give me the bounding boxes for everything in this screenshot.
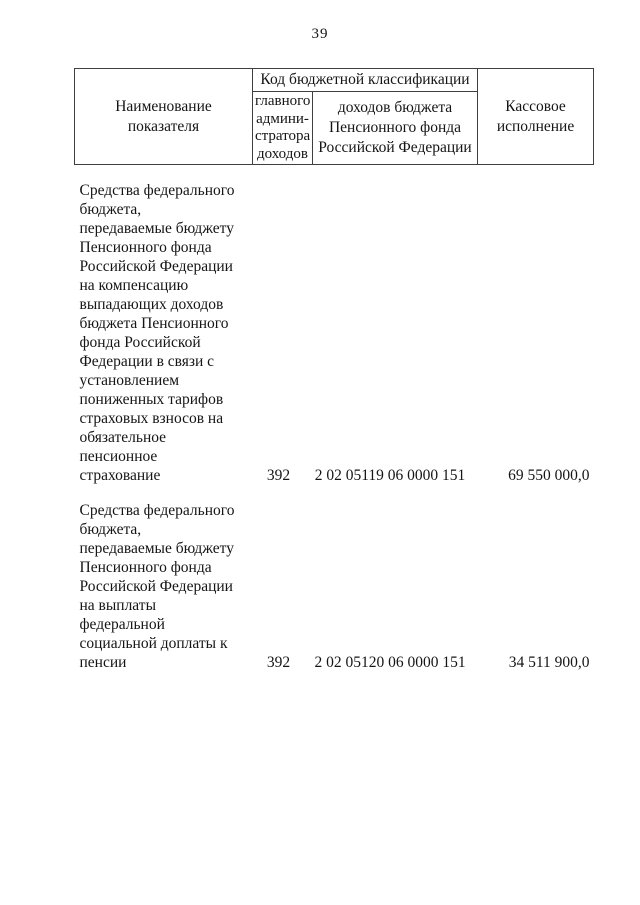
admin-code-cell: 392 (253, 485, 313, 672)
page-number: 39 (0, 26, 640, 43)
document-page: 39 Наименование показателя Код бюджетной… (0, 0, 640, 905)
table-body: Средства федерального бюджета, передавае… (75, 165, 594, 673)
budget-code-cell: 2 02 05120 06 0000 151 (313, 485, 478, 672)
indicator-name-cell: Средства федерального бюджета, передавае… (75, 165, 253, 486)
table-row: Средства федерального бюджета, передавае… (75, 165, 594, 486)
header-cell-chief-administrator: главного админи- стратора доходов (253, 92, 313, 165)
header-cell-cash-execution: Кассовое исполнение (478, 69, 594, 165)
table-row: Средства федерального бюджета, передавае… (75, 485, 594, 672)
indicator-name-cell: Средства федерального бюджета, передавае… (75, 485, 253, 672)
admin-code-cell: 392 (253, 165, 313, 486)
header-row-top: Наименование показателя Код бюджетной кл… (75, 69, 594, 92)
header-cell-budget-revenues: доходов бюджета Пенсионного фонда Россий… (313, 92, 478, 165)
header-cell-indicator-name: Наименование показателя (75, 69, 253, 165)
budget-classification-table: Наименование показателя Код бюджетной кл… (74, 68, 594, 672)
cash-execution-cell: 69 550 000,0 (478, 165, 594, 486)
table-header: Наименование показателя Код бюджетной кл… (75, 69, 594, 165)
budget-code-cell: 2 02 05119 06 0000 151 (313, 165, 478, 486)
header-cell-code-group: Код бюджетной классификации (253, 69, 478, 92)
cash-execution-cell: 34 511 900,0 (478, 485, 594, 672)
